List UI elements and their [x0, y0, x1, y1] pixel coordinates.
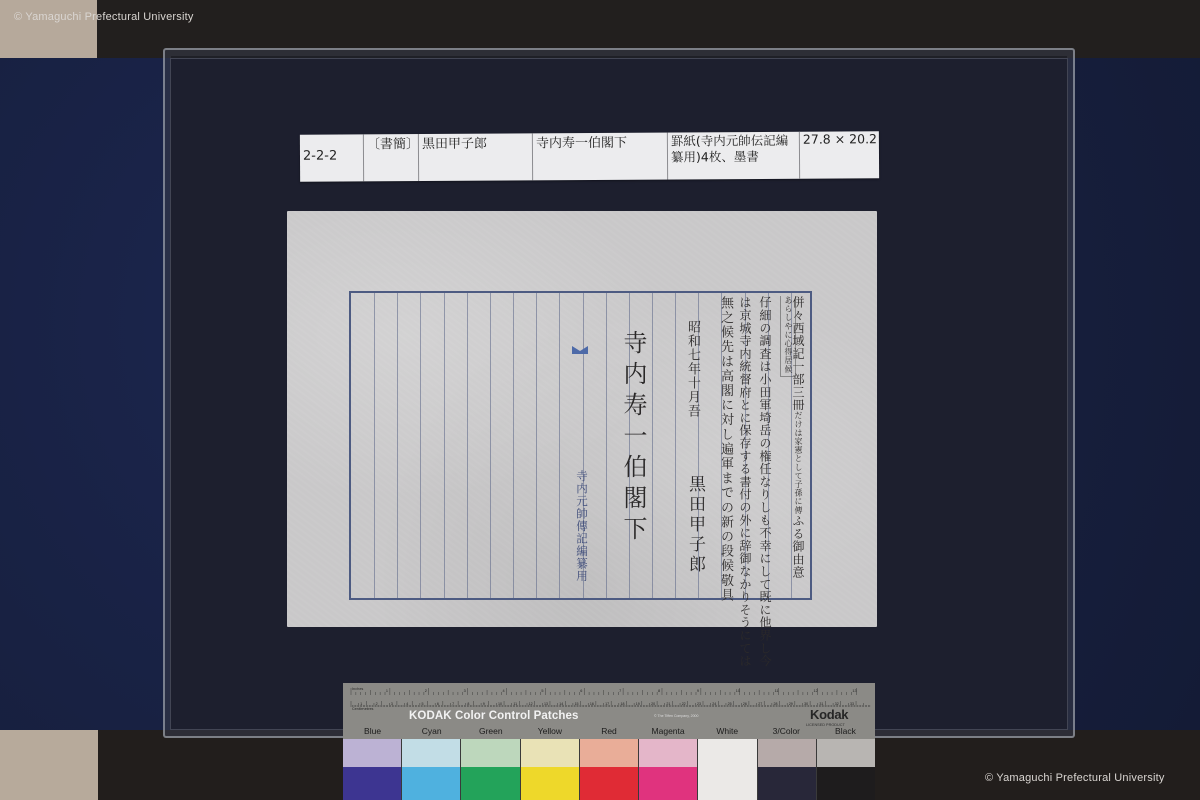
patch-magenta — [639, 739, 698, 800]
svg-text:1: 1 — [386, 689, 388, 693]
svg-text:5: 5 — [422, 702, 424, 706]
kodak-color-control-card: 1234567891011121314151617181920212223242… — [343, 683, 875, 800]
patch-light-swatch — [698, 739, 756, 767]
svg-text:25: 25 — [728, 702, 732, 706]
svg-text:4: 4 — [502, 689, 504, 693]
svg-text:8: 8 — [467, 702, 469, 706]
ruled-line — [652, 293, 653, 598]
svg-text:14: 14 — [559, 702, 563, 706]
svg-text:19: 19 — [636, 702, 640, 706]
svg-text:2: 2 — [425, 689, 427, 693]
patch-white — [698, 739, 757, 800]
patch-dark-swatch — [402, 767, 460, 800]
svg-text:11: 11 — [775, 689, 779, 693]
catalog-type: 〔書簡〕 — [364, 134, 419, 181]
letter-addressee: 寺内寿一伯閣下 — [616, 330, 651, 547]
kodak-ruler-strip: 1234567891011121314151617181920212223242… — [343, 683, 875, 741]
svg-text:27: 27 — [758, 702, 762, 706]
svg-text:3: 3 — [391, 702, 393, 706]
svg-text:16: 16 — [590, 702, 594, 706]
ruled-line — [606, 293, 607, 598]
ruler-ticks-icon: 1234567891011121314151617181920212223242… — [345, 685, 873, 707]
svg-text:22: 22 — [682, 702, 686, 706]
patch-dark-swatch — [758, 767, 816, 800]
patch-light-swatch — [580, 739, 638, 767]
patch-names-row: BlueCyanGreenYellowRedMagentaWhite3/Colo… — [343, 726, 875, 740]
patch-light-swatch — [461, 739, 519, 767]
ruled-line — [467, 293, 468, 598]
catalog-label: 2-2-2 〔書簡〕 黒田甲子郎 寺内寿一伯閣下 罫紙(寺内元帥伝記編纂用)4枚… — [300, 131, 879, 182]
patch-label-black: Black — [816, 726, 875, 740]
svg-text:3: 3 — [464, 689, 466, 693]
patch-dark-swatch — [461, 767, 519, 800]
catalog-dimensions: 27.8 × 20.2 — [800, 131, 879, 178]
svg-text:8: 8 — [658, 689, 660, 693]
svg-text:32: 32 — [835, 702, 839, 706]
patch-label-yellow: Yellow — [520, 726, 579, 740]
ruled-line — [397, 293, 398, 598]
svg-text:13: 13 — [544, 702, 548, 706]
svg-text:1: 1 — [360, 702, 362, 706]
letter-column-1-tail: ふる御由意 — [791, 514, 805, 578]
svg-text:6: 6 — [580, 689, 582, 693]
patch-light-swatch — [521, 739, 579, 767]
svg-text:29: 29 — [789, 702, 793, 706]
patch-label-green: Green — [461, 726, 520, 740]
patch-dark-swatch — [521, 767, 579, 800]
patch-label-cyan: Cyan — [402, 726, 461, 740]
svg-text:31: 31 — [819, 702, 823, 706]
letter-column-1-small: だけは家憲として子孫に傳 — [794, 411, 803, 514]
patch-dark-swatch — [580, 767, 638, 800]
patch-cyan — [402, 739, 461, 800]
patch-yellow — [521, 739, 580, 800]
kodak-logo: Kodak — [810, 707, 848, 722]
copyright-watermark-bottom: © Yamaguchi Prefectural University — [985, 772, 1165, 784]
ruled-line — [675, 293, 676, 598]
color-patches — [343, 739, 875, 800]
letter-date: 昭和七年十月吾 — [683, 320, 702, 418]
svg-text:12: 12 — [813, 689, 817, 693]
svg-text:13: 13 — [852, 689, 856, 693]
svg-text:2: 2 — [376, 702, 378, 706]
svg-text:28: 28 — [774, 702, 778, 706]
kodak-copyright: © The Tiffen Company, 2000 — [654, 714, 698, 718]
svg-text:4: 4 — [406, 702, 408, 706]
patch-3-color — [758, 739, 817, 800]
ruled-line — [559, 293, 560, 598]
letter-column-3: 仔細の調査は小田軍埼岳の権任なりしも不幸にして既に他界し今 — [759, 296, 771, 667]
background-tan-panel-bottom — [0, 730, 98, 800]
svg-text:18: 18 — [620, 702, 624, 706]
svg-text:9: 9 — [697, 689, 699, 693]
svg-text:17: 17 — [605, 702, 609, 706]
background-tan-panel-top — [0, 0, 97, 58]
ruled-line — [513, 293, 514, 598]
svg-text:21: 21 — [666, 702, 670, 706]
catalog-recipient: 寺内寿一伯閣下 — [533, 133, 668, 181]
svg-text:11: 11 — [513, 702, 517, 706]
patch-label-white: White — [698, 726, 757, 740]
patch-light-swatch — [639, 739, 697, 767]
letter-column-5: 無之候先は高閣に対し遍軍までの新の段候敬具 — [719, 296, 732, 603]
patch-dark-swatch — [343, 767, 401, 800]
patch-light-swatch — [817, 739, 875, 767]
svg-text:7: 7 — [452, 702, 454, 706]
centimetres-label: Centimetres — [352, 707, 373, 711]
catalog-material: 罫紙(寺内元帥伝記編纂用)4枚、墨書 — [668, 132, 800, 180]
fold-center-mark-icon — [572, 346, 588, 354]
svg-text:12: 12 — [529, 702, 533, 706]
ruled-line — [444, 293, 445, 598]
copyright-watermark-top: © Yamaguchi Prefectural University — [14, 11, 194, 23]
ruled-line — [374, 293, 375, 598]
svg-text:26: 26 — [743, 702, 747, 706]
inches-label: Inches — [352, 687, 363, 691]
patch-light-swatch — [402, 739, 460, 767]
patch-label-magenta: Magenta — [639, 726, 698, 740]
catalog-material-text: 罫紙(寺内元帥伝記編纂用)4枚、墨書 — [671, 133, 788, 165]
ruled-line — [420, 293, 421, 598]
patch-label-red: Red — [579, 726, 638, 740]
ruled-line — [536, 293, 537, 598]
patch-label-3-color: 3/Color — [757, 726, 816, 740]
patch-black — [817, 739, 875, 800]
patch-red — [580, 739, 639, 800]
svg-text:9: 9 — [483, 702, 485, 706]
svg-text:24: 24 — [712, 702, 716, 706]
patch-light-swatch — [343, 739, 401, 767]
ruled-line — [490, 293, 491, 598]
svg-text:15: 15 — [575, 702, 579, 706]
patch-dark-swatch — [698, 767, 756, 800]
patch-green — [461, 739, 520, 800]
catalog-id: 2-2-2 — [300, 134, 364, 181]
patch-dark-swatch — [639, 767, 697, 800]
printed-margin-label: 寺内元帥傳記編纂用 — [577, 470, 590, 583]
svg-text:6: 6 — [437, 702, 439, 706]
patch-blue — [343, 739, 402, 800]
svg-text:10: 10 — [736, 689, 740, 693]
patch-light-swatch — [758, 739, 816, 767]
patch-label-blue: Blue — [343, 726, 402, 740]
svg-text:10: 10 — [498, 702, 502, 706]
letter-sender-signature: 黒田甲子郎 — [683, 475, 708, 575]
svg-text:7: 7 — [619, 689, 621, 693]
svg-text:20: 20 — [651, 702, 655, 706]
letter-column-2: あらしやに心得居候 — [780, 296, 796, 377]
svg-text:5: 5 — [541, 689, 543, 693]
svg-text:33: 33 — [850, 702, 854, 706]
catalog-sender: 黒田甲子郎 — [419, 133, 533, 181]
svg-text:30: 30 — [804, 702, 808, 706]
kodak-card-title: KODAK Color Control Patches — [409, 710, 578, 722]
letter-column-4: は京城寺内統督府とに保存する書付の外に辞御なかりそうにては — [739, 296, 751, 667]
patch-dark-swatch — [817, 767, 875, 800]
svg-text:23: 23 — [697, 702, 701, 706]
